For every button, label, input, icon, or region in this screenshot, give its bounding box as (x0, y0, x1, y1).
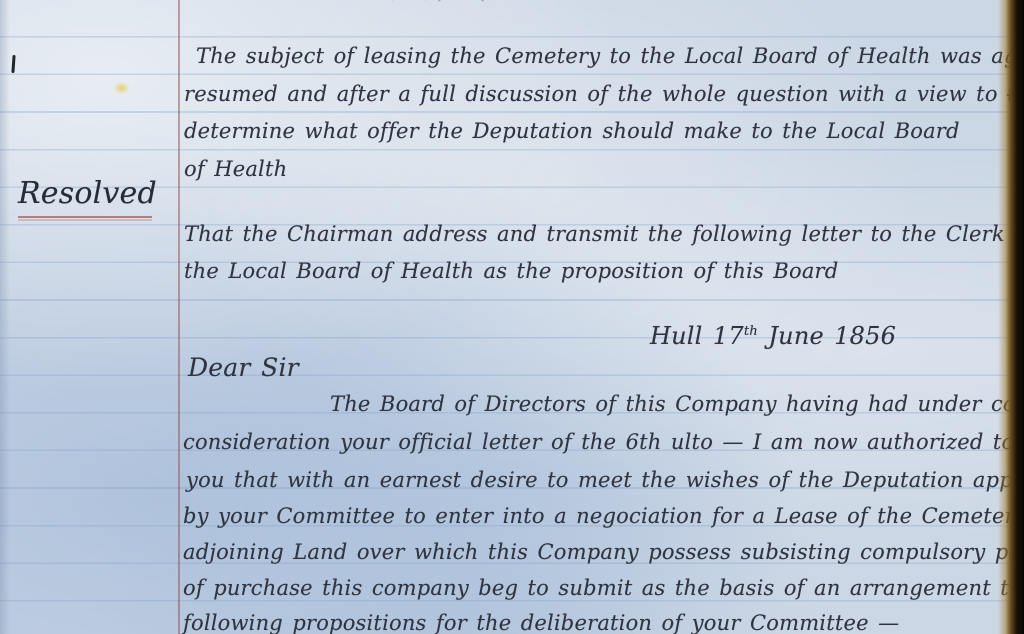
dateline-text: Hull 17 (650, 322, 744, 350)
minute-line: determine what offer the Deputation shou… (184, 119, 960, 143)
letter-body-line: you that with an earnest desire to meet … (186, 468, 1024, 492)
minute-line: The subject of leasing the Cemetery to t… (196, 44, 1024, 68)
page-left-edge (0, 0, 10, 634)
dateline-ordinal: th (744, 324, 758, 339)
letter-body-line: by your Committee to enter into a negoci… (183, 504, 1024, 528)
cut-off-writing-fragment (392, 0, 426, 7)
letter-body-line: following propositions for the deliberat… (183, 611, 899, 634)
letter-body-text: of purchase this company beg to submit a… (183, 576, 1024, 600)
minute-line: That the Chairman address and transmit t… (184, 222, 1024, 246)
ledger-page: Resolved The subject of leasing the Ceme… (0, 0, 1024, 634)
cut-off-writing-fragment (438, 0, 484, 8)
margin-note-resolved: Resolved (18, 176, 157, 211)
letter-body-line: adjoining Land over which this Company p… (183, 540, 1024, 564)
letter-dateline: Hull 17th June 1856 (650, 322, 896, 350)
letter-salutation: Dear Sir (188, 353, 299, 382)
minute-line-text: resumed and after a full discussion of t… (184, 82, 1007, 106)
minute-line: of Health (184, 157, 287, 181)
letter-body-line: The Board of Directors of this Company h… (330, 392, 1016, 416)
letter-body-line: of purchase this company beg to submit a… (183, 576, 1024, 600)
minute-line: resumed and after a full discussion of t… (184, 82, 1024, 106)
resolved-red-underline (18, 216, 152, 218)
dateline-text: June 1856 (758, 322, 896, 350)
paper-stain (113, 82, 130, 94)
ink-mark (11, 55, 15, 73)
page-binding-edge (998, 0, 1024, 634)
letter-body-line: consideration your official letter of th… (183, 430, 1024, 454)
minute-line: the Local Board of Health as the proposi… (184, 259, 838, 283)
red-margin-rule (178, 0, 180, 634)
